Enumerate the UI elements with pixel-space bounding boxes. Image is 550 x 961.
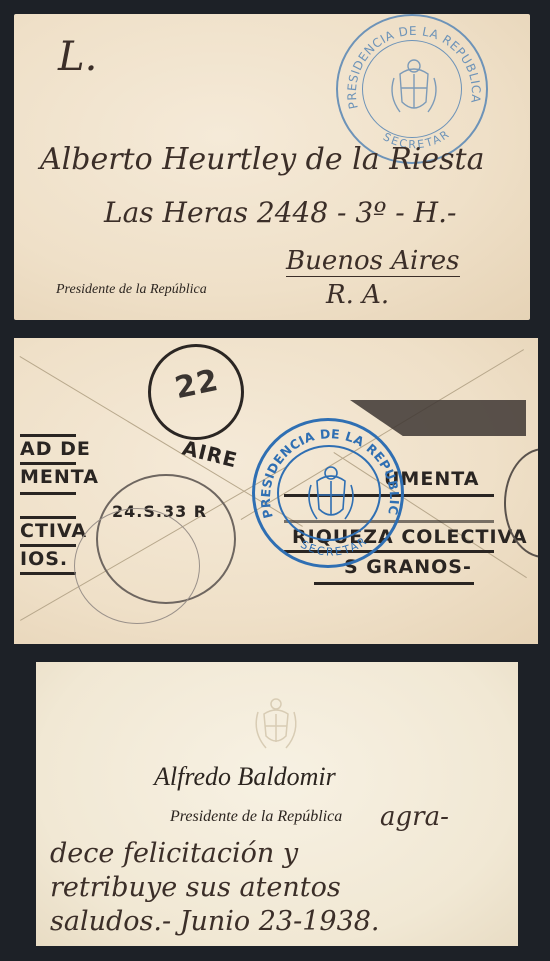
card-name: Alfredo Baldomir (154, 762, 336, 792)
card-title: Presidente de la República (170, 808, 342, 826)
cancel-bar (20, 544, 76, 547)
seal-top-text: PRESIDENCIA DE LA REPUBLICA (255, 421, 402, 520)
card-note-line-4: saludos.- Junio 23-1938. (50, 906, 380, 937)
slogan-left-2: MENTA (20, 466, 99, 488)
cancel-bar (20, 492, 76, 495)
slogan-left-4: IOS. (20, 548, 68, 570)
cancel-bar (20, 516, 76, 519)
coat-of-arms-icon (309, 467, 353, 519)
cancel-bar (20, 462, 76, 465)
envelope-back: AD DE MENTA CTIVA IOS. 22 AIRE 24.S.33 R… (14, 338, 538, 644)
embossed-coat-of-arms-icon (250, 694, 302, 756)
coat-of-arms-icon (392, 60, 436, 112)
registered-mark: L. (58, 34, 97, 80)
cancel-bar (314, 582, 474, 585)
slogan-left-1: AD DE (20, 438, 91, 460)
cancel-bar (20, 434, 76, 437)
cancel-bar (20, 572, 76, 575)
city-fragment: AIRE (180, 436, 240, 473)
address-street: Las Heras 2448 - 3º - H.- (104, 196, 456, 229)
printed-footer: Presidente de la República (56, 282, 207, 298)
faint-postmark (74, 508, 200, 624)
calling-card: Alfredo Baldomir Presidente de la Repúbl… (36, 662, 518, 946)
envelope-front: L. PRESIDENCIA DE LA REPUBLICA SECRETARI… (14, 14, 530, 320)
card-note-line-1: agra- (380, 802, 449, 832)
card-note-line-2: dece felicitación y (50, 838, 298, 869)
card-note-line-3: retribuye sus atentos (50, 872, 341, 903)
svg-text:PRESIDENCIA DE LA REPUBLICA: PRESIDENCIA DE LA REPUBLICA (255, 421, 402, 520)
slogan-left-3: CTIVA (20, 520, 87, 542)
circular-postmark: 22 (148, 344, 244, 440)
address-country: R. A. (326, 280, 389, 310)
addressee-name: Alberto Heurtley de la Riesta (40, 142, 484, 177)
address-city: Buenos Aires (286, 246, 460, 277)
presidency-seal-back: PRESIDENCIA DE LA REPUBLICA SECRETARIA (252, 418, 404, 568)
